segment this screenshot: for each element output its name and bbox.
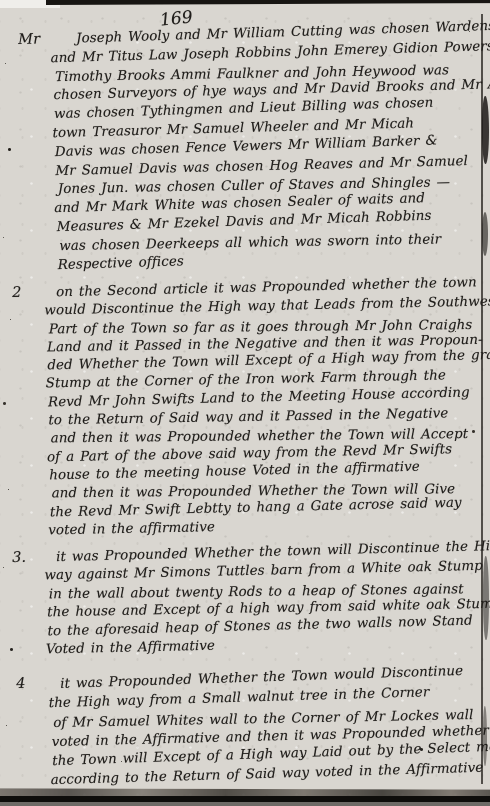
paragraph-marker: 2: [12, 284, 50, 541]
ink-blot: [482, 96, 489, 164]
manuscript-page: 169 Mr Joseph Wooly and Mr William Cutti…: [0, 0, 490, 806]
scan-bottom-margin: [0, 802, 490, 806]
paragraph-marker: 3.: [12, 549, 48, 660]
ink-blot: [482, 212, 488, 256]
ink-blot: [483, 556, 489, 640]
paragraph-lines: it was Propounded Whether the Town would…: [50, 663, 490, 791]
paragraph-marker: 4: [16, 675, 53, 792]
paragraph-article-4: 4 it was Propounded Whether the Town wou…: [16, 664, 489, 792]
paragraph-article-3: 3. it was Propounded Whether the town wi…: [12, 541, 488, 660]
scan-top-edge-shadow: [46, 0, 490, 5]
paragraph-officers: Mr Joseph Wooly and Mr William Cutting w…: [18, 21, 490, 277]
paragraph-lines: Joseph Wooly and Mr William Cutting was …: [52, 19, 490, 276]
paragraph-lines: it was Propounded Whether the town will …: [46, 540, 490, 659]
paragraph-article-2: 2 on the Second article it was Propounde…: [12, 277, 490, 541]
paragraph-lines: on the Second article it was Propounded …: [46, 276, 490, 540]
ink-blot: [483, 706, 487, 766]
